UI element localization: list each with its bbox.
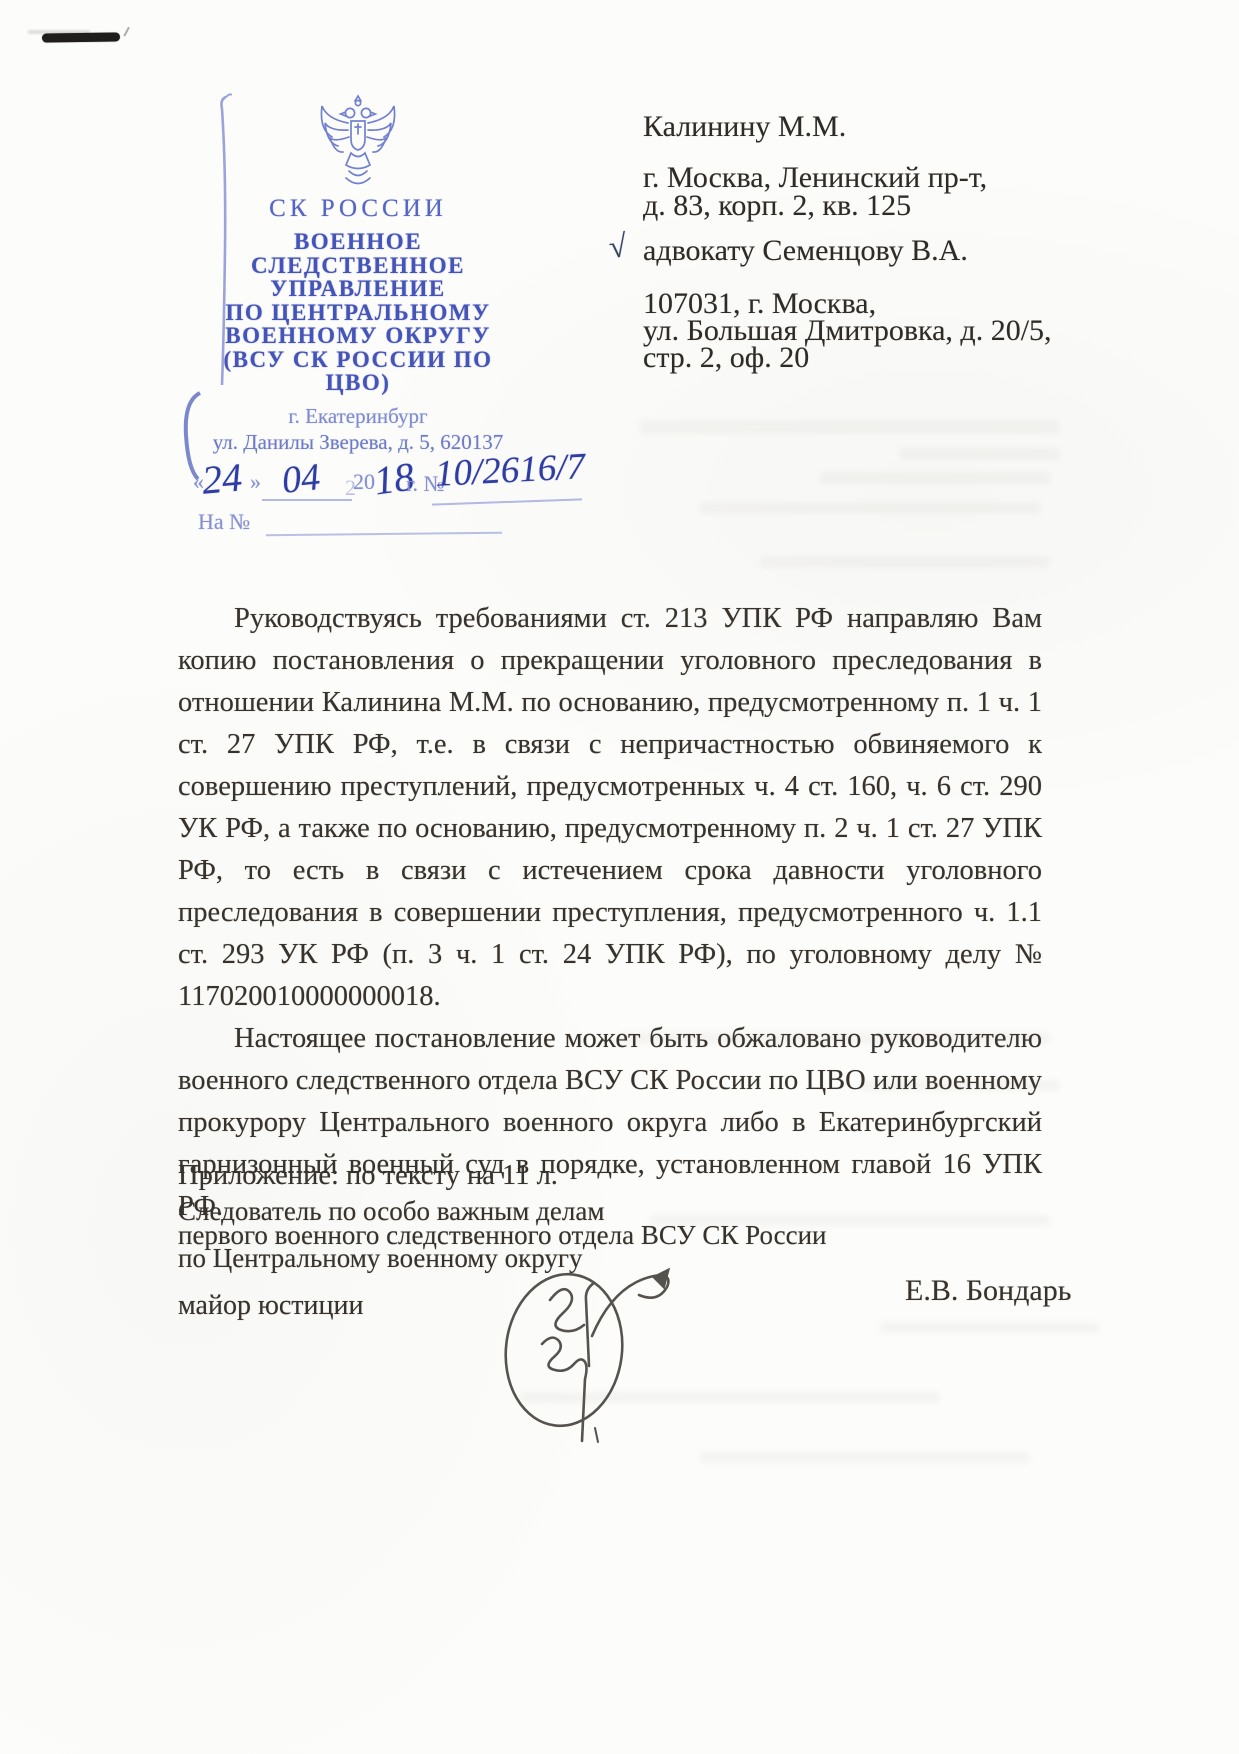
bleed-through-artifact (880, 1322, 1100, 1333)
signer-name: Е.В. Бондарь (905, 1274, 1071, 1308)
handwritten-checkmark: √ (608, 232, 628, 261)
signer-rank: майор юстиции (178, 1290, 363, 1322)
faint-page-number: 2 (345, 475, 356, 501)
advocate-line: адвокату Семенцову В.А. (643, 234, 968, 267)
recipient-block: Калинину М.М. г. Москва, Ленинский пр-т,… (643, 113, 1113, 371)
org-name-line: УПРАВЛЕНИЕ (190, 277, 526, 301)
advocate-address: 107031, г. Москва, ул. Большая Дмитровка… (643, 290, 1113, 371)
recipient-address: г. Москва, Ленинский пр-т, д. 83, корп. … (643, 164, 1113, 219)
ref-number-underline (266, 531, 502, 535)
letterhead-city: г. Екатеринбург (190, 404, 526, 429)
attachment-line: Приложение: по тексту на 11 л. (178, 1160, 558, 1192)
stamp-date-row: « 24 » 04 20 18 г. № 10/2616/7 (190, 459, 526, 509)
org-name-top: СК РОССИИ (190, 195, 526, 223)
number-underline (432, 498, 582, 505)
org-name-block: ВОЕННОЕ СЛЕДСТВЕННОЕ УПРАВЛЕНИЕ ПО ЦЕНТР… (190, 230, 526, 395)
bleed-through-artifact (700, 1452, 1030, 1463)
recipient-name: Калинину М.М. (643, 113, 1113, 140)
signature-scribble (492, 1248, 712, 1458)
letter-body: Руководствуясь требованиями ст. 213 УПК … (178, 598, 1042, 1228)
handwritten-doc-number: 10/2616/7 (434, 445, 586, 496)
org-name-line: (ВСУ СК РОССИИ ПО ЦВО) (190, 348, 526, 395)
ref-number-row: На № (190, 509, 526, 539)
org-name-line: ВОЕННОМУ ОКРУГУ (190, 324, 526, 348)
org-name-line: СЛЕДСТВЕННОЕ (190, 254, 526, 278)
advocate-address-line: ул. Большая Дмитровка, д. 20/5, (643, 317, 1113, 344)
advocate-address-line: 107031, г. Москва, (643, 290, 1113, 317)
bleed-through-artifact (700, 502, 1040, 514)
bleed-through-artifact (820, 472, 1050, 484)
stamp-year-prefix: 20 (353, 469, 375, 495)
body-paragraph-1: Руководствуясь требованиями ст. 213 УПК … (178, 598, 1042, 1018)
stamp-vertical-line (212, 91, 232, 391)
scan-bar-artifact (42, 32, 120, 42)
recipient-address-line: д. 83, корп. 2, кв. 125 (643, 192, 1113, 219)
coat-of-arms-icon (190, 93, 526, 193)
advocate-row: √ адвокату Семенцову В.А. (643, 237, 1113, 264)
stamp-close-quote: » (250, 469, 261, 495)
recipient-address-line: г. Москва, Ленинский пр-т, (643, 164, 1113, 191)
ref-number-label: На № (198, 509, 250, 535)
org-name-line: ВОЕННОЕ (190, 230, 526, 254)
handwritten-day: 24 (200, 453, 244, 503)
advocate-address-line: стр. 2, оф. 20 (643, 344, 1113, 371)
handwritten-month: 04 (280, 455, 322, 503)
scanned-letter-page: СК РОССИИ ВОЕННОЕ СЛЕДСТВЕННОЕ УПРАВЛЕНИ… (0, 0, 1239, 1754)
bleed-through-artifact (640, 420, 1060, 434)
bleed-through-artifact (760, 556, 1050, 568)
org-name-line: ПО ЦЕНТРАЛЬНОМУ (190, 301, 526, 325)
bleed-through-artifact (900, 448, 1060, 460)
letterhead-stamp: СК РОССИИ ВОЕННОЕ СЛЕДСТВЕННОЕ УПРАВЛЕНИ… (190, 93, 526, 539)
